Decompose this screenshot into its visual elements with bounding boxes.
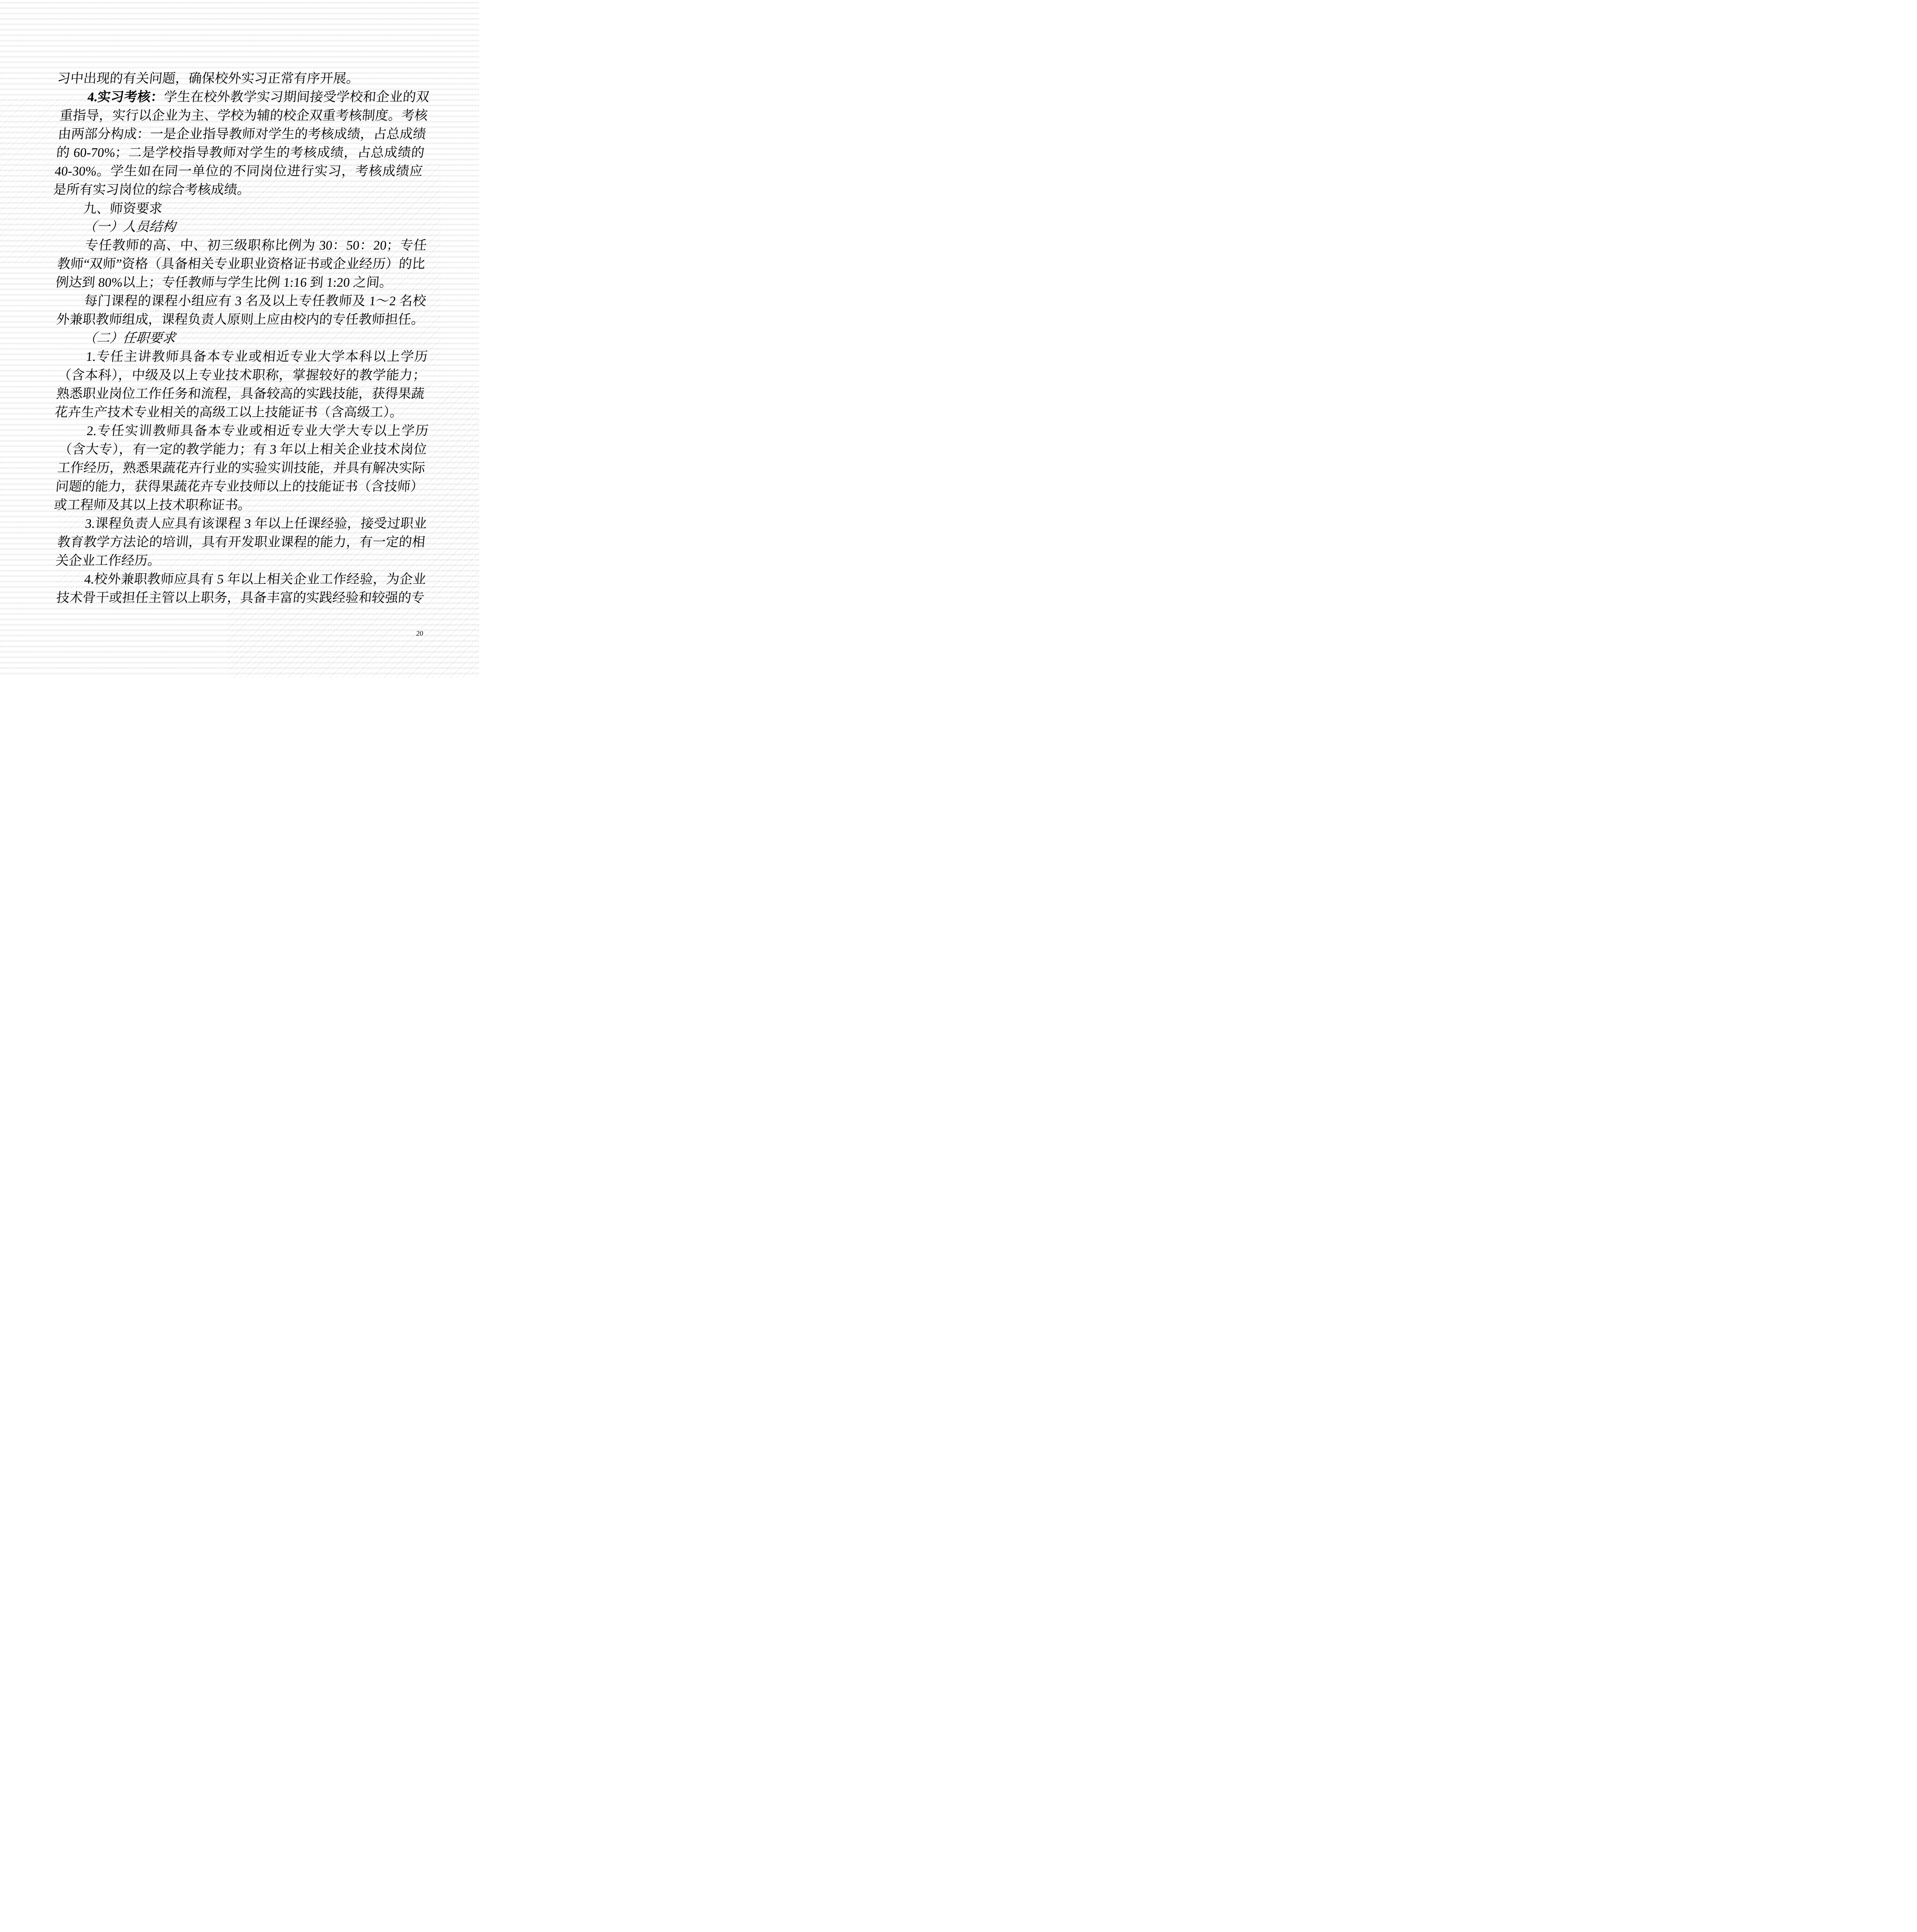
section-heading-teacher-requirements: 九、师资要求 [56,199,426,218]
paragraph-internship-assessment: 4.实习考核：学生在校外教学实习期间接受学校和企业的双重指导，实行以企业为主、学… [52,88,430,199]
document-page: 习中出现的有关问题，确保校外实习正常有序开展。 4.实习考核：学生在校外教学实习… [0,0,479,678]
page-number: 20 [416,629,424,638]
page-content: 习中出现的有关问题，确保校外实习正常有序开展。 4.实习考核：学生在校外教学实习… [57,70,425,607]
paragraph-training-teacher-requirements: 2.专任实训教师具备本专业或相近专业大学大专以上学历（含大专），有一定的教学能力… [53,422,429,515]
paragraph-lecturer-requirements: 1.专任主讲教师具备本专业或相近专业大学本科以上学历（含本科），中级及以上专业技… [54,348,429,422]
paragraph-internship-assessment-text: 学生在校外教学实习期间接受学校和企业的双重指导，实行以企业为主、学校为辅的校企双… [53,90,430,197]
run-in-heading-internship-assessment: 4.实习考核： [87,90,165,104]
paragraph-parttime-teacher-requirements: 4.校外兼职教师应具有 5 年以上相关企业工作经验，为企业技术骨干或担任主管以上… [56,570,427,607]
subsection-heading-personnel-structure: （一）人员结构 [56,218,426,236]
paragraph-internship-issues-continuation: 习中出现的有关问题，确保校外实习正常有序开展。 [56,70,426,88]
subsection-heading-position-requirements: （二）任职要求 [56,329,426,348]
paragraph-course-leader-requirements: 3.课程负责人应具有该课程 3 年以上任课经验，接受过职业教育教学方法论的培训，… [55,515,428,570]
paragraph-course-team: 每门课程的课程小组应有 3 名及以上专任教师及 1～2 名校外兼职教师组成，课程… [56,292,427,329]
paragraph-title-ratio: 专任教师的高、中、初三级职称比例为 30：50：20；专任教师“双师”资格（具备… [55,236,428,292]
